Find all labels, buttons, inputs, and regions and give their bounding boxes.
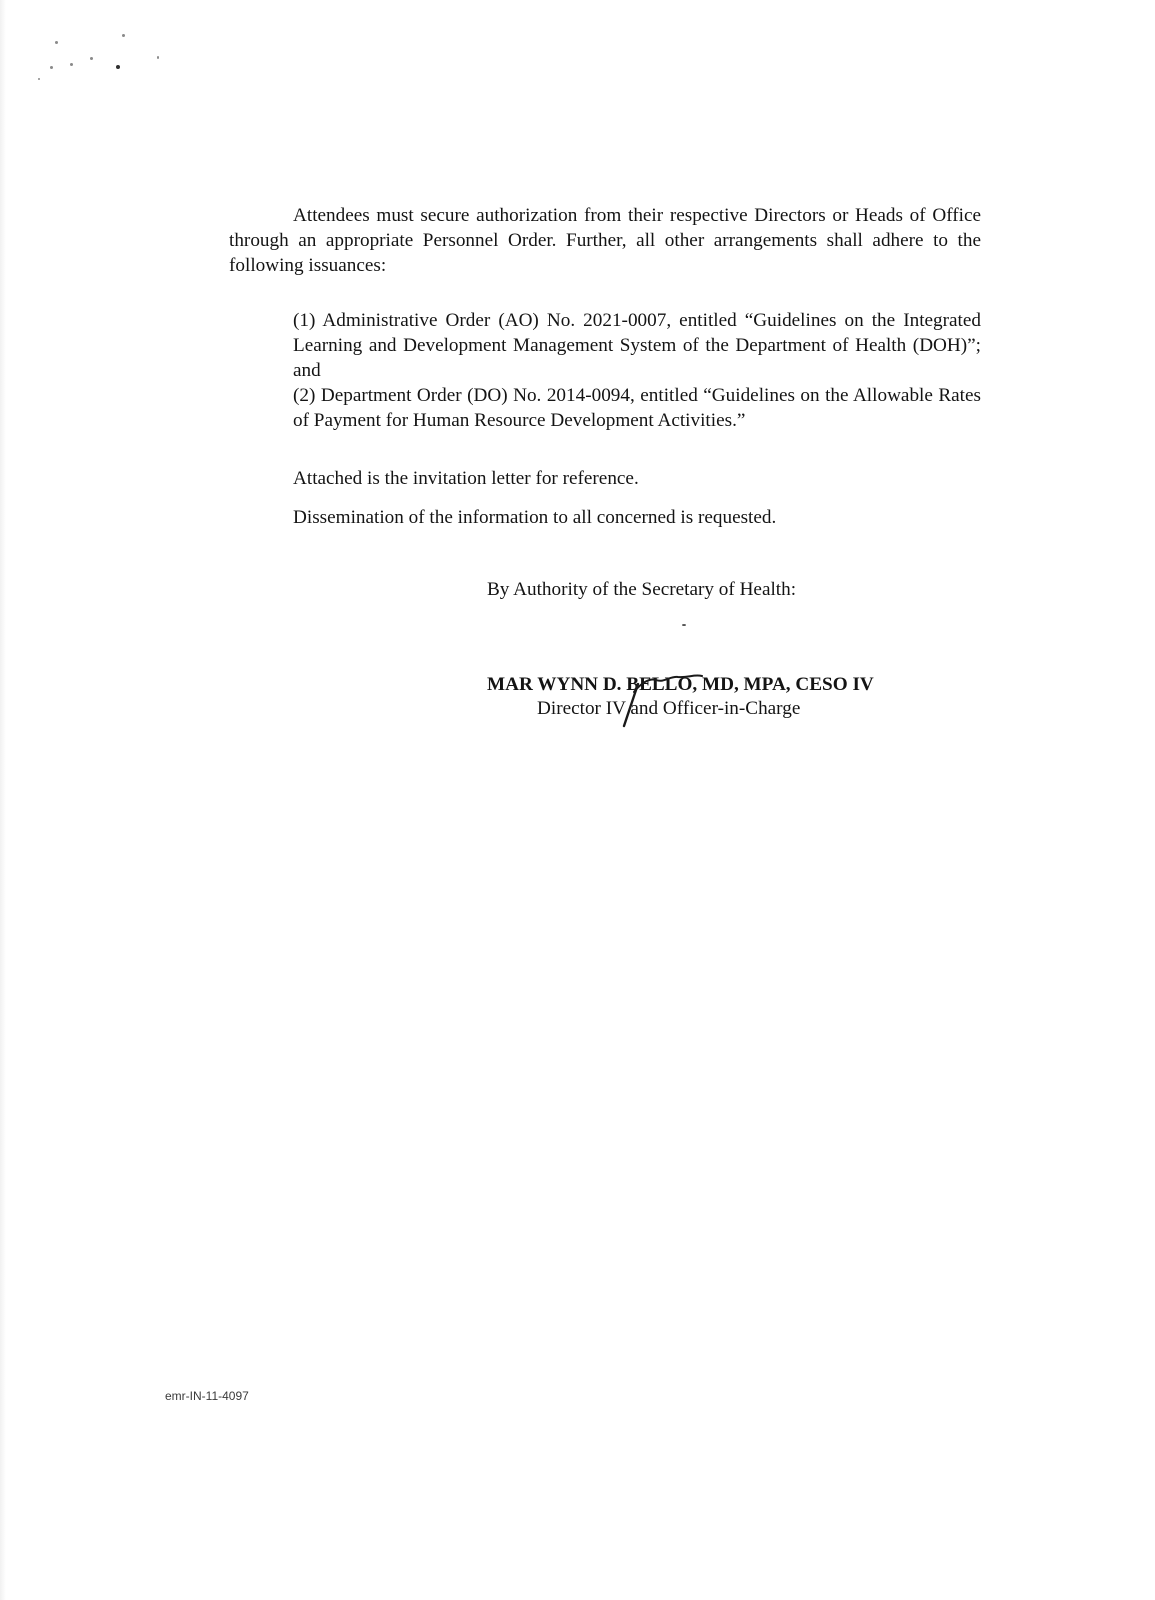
scan-speck [90,57,93,60]
document-page: Attendees must secure authorization from… [0,0,1155,1600]
signatory-name: MAR WYNN D. BELLO, MD, MPA, CESO IV [487,673,874,697]
issuance-item-2: (2) Department Order (DO) No. 2014-0094,… [293,383,981,433]
attachment-note: Attached is the invitation letter for re… [293,466,639,491]
scan-speck [55,41,58,44]
signatory-title: Director IV and Officer-in-Charge [537,697,800,721]
scan-speck [116,65,120,69]
authorization-paragraph: Attendees must secure authorization from… [229,203,981,278]
scan-edge-shadow [0,0,6,1600]
authority-line: By Authority of the Secretary of Health: [487,577,796,602]
scan-speck [38,78,40,80]
document-reference-code: emr-IN-11-4097 [165,1389,249,1403]
scan-speck [50,66,53,69]
scan-speck [682,624,686,626]
scan-speck [70,63,73,66]
dissemination-note: Dissemination of the information to all … [293,505,776,530]
issuance-item-1: (1) Administrative Order (AO) No. 2021-0… [293,308,981,383]
scan-speck [122,34,125,37]
scan-speck [157,56,159,59]
